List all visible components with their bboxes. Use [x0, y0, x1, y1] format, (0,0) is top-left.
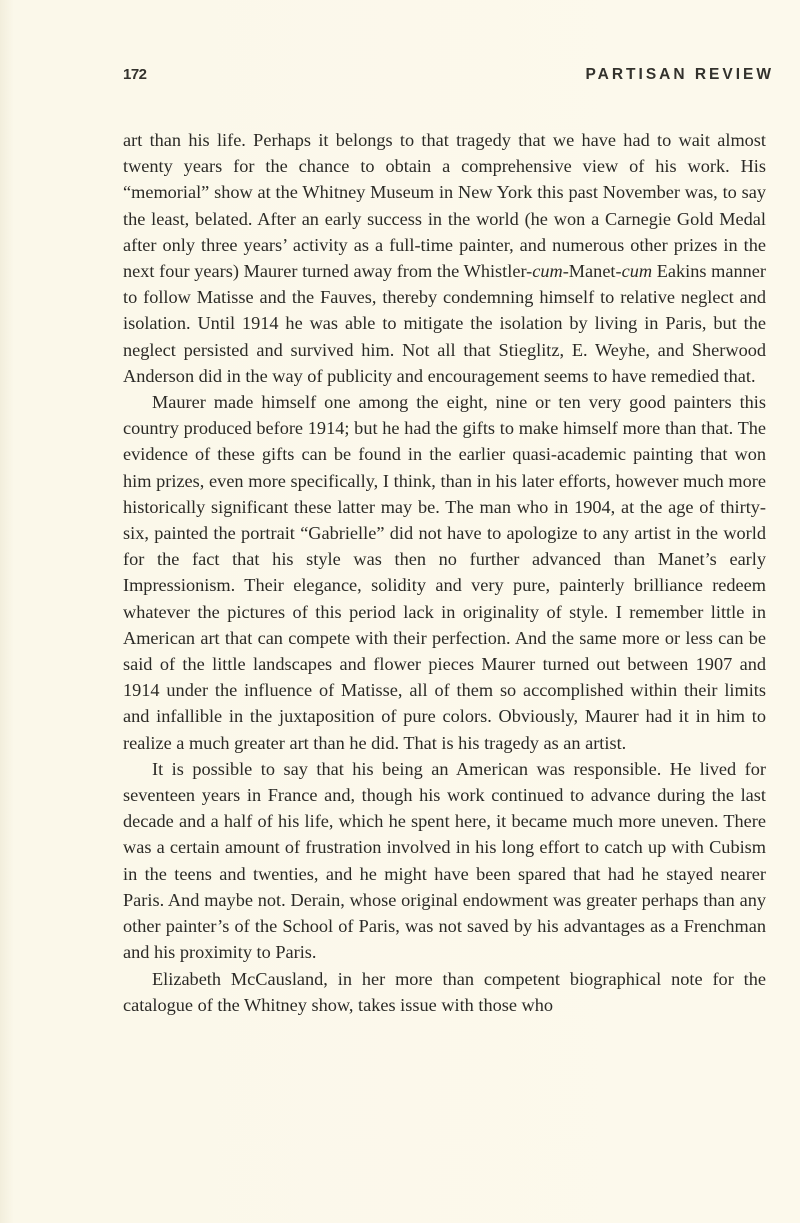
- journal-title: PARTISAN REVIEW: [585, 66, 774, 84]
- page-number: 172: [123, 66, 147, 83]
- paragraph: Elizabeth McCausland, in her more than c…: [123, 966, 766, 1018]
- paragraph: Maurer made himself one among the eight,…: [123, 389, 766, 756]
- body-text: art than his life. Perhaps it belongs to…: [123, 127, 766, 1018]
- document-page: 172 PARTISAN REVIEW art than his life. P…: [0, 0, 800, 1223]
- text-run: Maurer made himself one among the eight,…: [123, 392, 766, 753]
- text-run: -Manet-: [563, 261, 622, 281]
- text-run: art than his life. Perhaps it belongs to…: [123, 130, 766, 281]
- paragraph: It is possible to say that his being an …: [123, 756, 766, 966]
- text-run: Elizabeth McCausland, in her more than c…: [123, 969, 766, 1015]
- text-run: It is possible to say that his being an …: [123, 759, 766, 962]
- italic-text: cum: [622, 261, 652, 281]
- running-head: 172 PARTISAN REVIEW: [123, 66, 774, 90]
- paragraph: art than his life. Perhaps it belongs to…: [123, 127, 766, 389]
- italic-text: cum: [532, 261, 562, 281]
